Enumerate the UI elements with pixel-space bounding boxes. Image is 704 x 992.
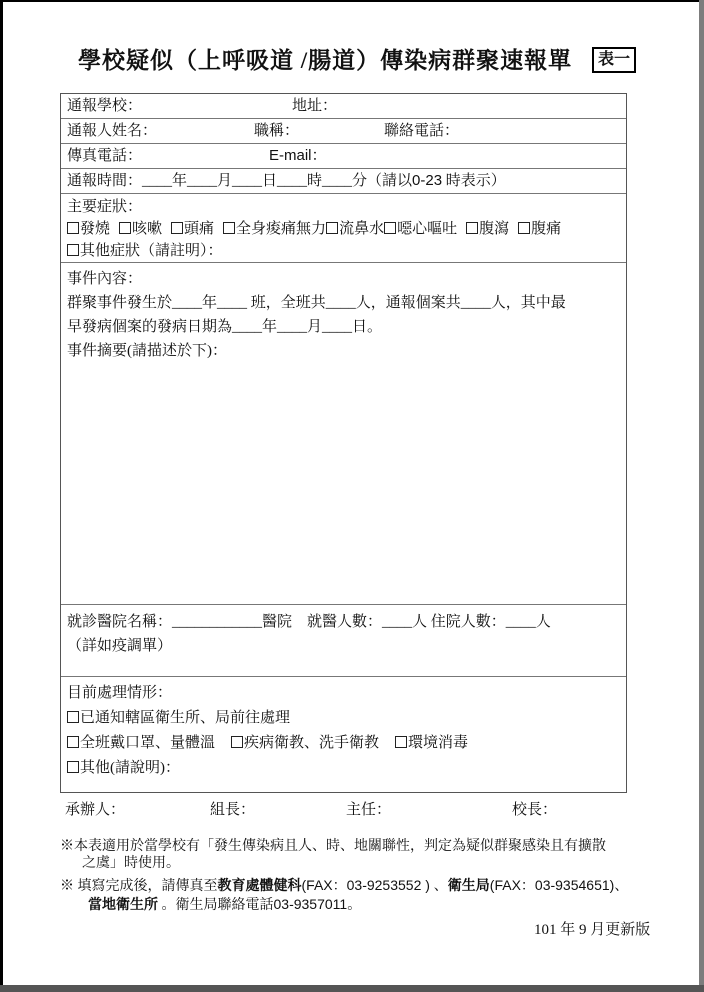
checkbox-icon xyxy=(67,711,79,723)
symptom-checkbox-nausea-vomit[interactable]: 噁心嘔吐 xyxy=(384,221,457,237)
health-bureau-phone-label: 。衛生局聯絡電話 xyxy=(158,898,274,913)
local-health-station-name: 當地衛生所 xyxy=(88,898,158,913)
symptom-other-label: 其他症狀（請註明）： xyxy=(80,243,223,259)
symptom-label: 發燒 xyxy=(80,221,110,237)
hospital-line1: 就診醫院名稱：____________醫院 就醫人數：____人 住院人數：__… xyxy=(67,610,626,634)
section-hospital: 就診醫院名稱：____________醫院 就醫人數：____人 住院人數：__… xyxy=(61,605,626,677)
symptom-label: 頭痛 xyxy=(184,221,214,237)
handling-label: 已通知轄區衛生所、局前往處理 xyxy=(80,710,290,726)
report-time-prefix: 通報時間：____年____月____日____時____分（請以 xyxy=(67,173,412,189)
symptom-label: 噁心嘔吐 xyxy=(397,221,457,237)
version-note: 101 年 9 月更新版 xyxy=(534,918,650,939)
report-form-table: 通報學校： 地址： 通報人姓名： 職稱： 聯絡電話： 傳真電話： E-mail：… xyxy=(60,93,627,793)
footnotes: ※本表適用於當學校有「發生傳染病且人、時、地關聯性，判定為疑似群聚感染且有擴散 … xyxy=(60,839,648,914)
handling-label: 全班戴口罩、量體溫 xyxy=(80,735,215,751)
job-title-label: 職稱： xyxy=(254,119,299,143)
fax-instruction-text: ※ 填寫完成後，請傳真至 xyxy=(60,879,218,894)
footnote-fax-line1: ※ 填寫完成後，請傳真至教育處體健科(FAX：03-9253552 ) 、衛生局… xyxy=(60,877,648,896)
education-dept-fax-number: (FAX：03-9253552 ) 、 xyxy=(302,877,448,893)
symptoms-heading: 主要症狀： xyxy=(67,196,626,218)
footnote-fax-instructions: ※ 填寫完成後，請傳真至教育處體健科(FAX：03-9253552 ) 、衛生局… xyxy=(60,877,648,914)
handling-line1: 已通知轄區衛生所、局前往處理 xyxy=(67,706,626,731)
section-symptoms: 主要症狀： 發燒咳嗽頭痛全身痠痛無力流鼻水噁心嘔吐腹瀉腹痛 其他症狀（請註明）： xyxy=(61,194,626,263)
footnote-applicability-line1: ※本表適用於當學校有「發生傳染病且人、時、地關聯性，判定為疑似群聚感染且有擴散 xyxy=(60,839,648,856)
handling-label: 其他(請說明)： xyxy=(80,760,180,776)
hospital-line2: （詳如疫調單） xyxy=(67,634,626,658)
page-border-left xyxy=(0,0,3,992)
handling-checkbox-disinfection[interactable]: 環境消毒 xyxy=(395,735,468,751)
handling-checkbox-other[interactable]: 其他(請說明)： xyxy=(67,760,180,776)
symptom-checkbox-fever[interactable]: 發燒 xyxy=(67,221,110,237)
checkbox-icon xyxy=(395,736,407,748)
symptom-other-line: 其他症狀（請註明）： xyxy=(67,240,626,262)
checkbox-icon xyxy=(67,736,79,748)
event-summary-label: 事件摘要(請描述於下)： xyxy=(67,339,626,363)
checkbox-icon xyxy=(223,222,235,234)
handling-label: 環境消毒 xyxy=(408,735,468,751)
page-border-bottom xyxy=(0,985,704,992)
checkbox-icon xyxy=(171,222,183,234)
checkbox-icon xyxy=(231,736,243,748)
symptom-checkbox-runny-nose[interactable]: 流鼻水 xyxy=(326,221,384,237)
checkbox-icon xyxy=(384,222,396,234)
handler-signature-label: 承辦人： xyxy=(65,798,125,819)
symptom-label: 咳嗽 xyxy=(132,221,162,237)
symptom-checkbox-abdominal-pain[interactable]: 腹痛 xyxy=(518,221,561,237)
reporter-name-label: 通報人姓名： xyxy=(67,119,157,143)
checkbox-icon xyxy=(67,244,79,256)
footnote-applicability-line2: 之虞」時使用。 xyxy=(60,856,648,873)
school-label: 通報學校： xyxy=(67,94,142,118)
row-report-time: 通報時間：____年____月____日____時____分（請以0-23 時表… xyxy=(61,169,626,194)
director-signature-label: 主任： xyxy=(346,798,391,819)
symptom-label: 腹瀉 xyxy=(479,221,509,237)
checkbox-icon xyxy=(67,761,79,773)
symptom-label: 流鼻水 xyxy=(339,221,384,237)
section-event-content: 事件內容： 群聚事件發生於____年____ 班，全班共____人，通報個案共_… xyxy=(61,263,626,605)
footnote-fax-line2: 當地衛生所 。衛生局聯絡電話03-9357011。 xyxy=(60,896,648,915)
event-desc-line2: 早發病個案的發病日期為____年____月____日。 xyxy=(67,315,626,339)
symptom-checkbox-other[interactable]: 其他症狀（請註明）： xyxy=(67,243,223,259)
footnote-applicability: ※本表適用於當學校有「發生傳染病且人、時、地關聯性，判定為疑似群聚感染且有擴散 … xyxy=(60,839,648,872)
report-time-label: 通報時間：____年____月____日____時____分（請以0-23 時表… xyxy=(67,169,506,193)
health-bureau-phone-number: 03-9357011 xyxy=(274,896,348,912)
symptoms-checkbox-line: 發燒咳嗽頭痛全身痠痛無力流鼻水噁心嘔吐腹瀉腹痛 xyxy=(67,218,626,240)
handling-line2: 全班戴口罩、量體溫疾病衛教、洗手衛教環境消毒 xyxy=(67,731,626,756)
page-border-right xyxy=(699,0,704,992)
handling-checkbox-masks-temperature[interactable]: 全班戴口罩、量體溫 xyxy=(67,735,215,751)
checkbox-icon xyxy=(67,222,79,234)
handling-heading: 目前處理情形： xyxy=(67,681,626,706)
handling-checkbox-notified-health-bureau[interactable]: 已通知轄區衛生所、局前往處理 xyxy=(67,710,290,726)
education-dept-name: 教育處體健科 xyxy=(218,879,302,894)
principal-signature-label: 校長： xyxy=(512,798,557,819)
row-school: 通報學校： 地址： xyxy=(61,94,626,119)
handling-label: 疾病衛教、洗手衛教 xyxy=(244,735,379,751)
symptom-checkbox-headache[interactable]: 頭痛 xyxy=(171,221,214,237)
symptom-checkbox-body-ache[interactable]: 全身痠痛無力 xyxy=(223,221,326,237)
form-tag-badge: 表一 xyxy=(592,47,636,73)
event-heading: 事件內容： xyxy=(67,267,626,291)
handling-line3: 其他(請說明)： xyxy=(67,756,626,781)
sentence-period: 。 xyxy=(347,898,361,913)
symptom-checkbox-diarrhea[interactable]: 腹瀉 xyxy=(466,221,509,237)
page-border-top xyxy=(0,0,704,2)
health-bureau-name: 衛生局 xyxy=(448,879,490,894)
symptom-checkbox-cough[interactable]: 咳嗽 xyxy=(119,221,162,237)
checkbox-icon xyxy=(466,222,478,234)
address-label: 地址： xyxy=(292,94,337,118)
page-title: 學校疑似（上呼吸道 /腸道）傳染病群聚速報單 xyxy=(78,42,598,75)
document-page: 學校疑似（上呼吸道 /腸道）傳染病群聚速報單 表一 通報學校： 地址： 通報人姓… xyxy=(0,0,704,992)
contact-phone-label: 聯絡電話： xyxy=(384,119,459,143)
email-label: E-mail： xyxy=(269,144,327,168)
handling-checkbox-health-education[interactable]: 疾病衛教、洗手衛教 xyxy=(231,735,379,751)
row-reporter: 通報人姓名： 職稱： 聯絡電話： xyxy=(61,119,626,144)
report-time-hours-format: 0-23 xyxy=(412,172,442,189)
section-handling: 目前處理情形： 已通知轄區衛生所、局前往處理 全班戴口罩、量體溫疾病衛教、洗手衛… xyxy=(61,677,626,792)
event-desc-line1: 群聚事件發生於____年____ 班，全班共____人，通報個案共____人，其… xyxy=(67,291,626,315)
team-leader-signature-label: 組長： xyxy=(210,798,255,819)
report-time-suffix: 時表示） xyxy=(442,173,506,189)
checkbox-icon xyxy=(326,222,338,234)
symptom-label: 全身痠痛無力 xyxy=(236,221,326,237)
health-bureau-fax-number: (FAX：03-9354651)、 xyxy=(490,877,629,893)
row-fax-email: 傳真電話： E-mail： xyxy=(61,144,626,169)
checkbox-icon xyxy=(518,222,530,234)
fax-label: 傳真電話： xyxy=(67,144,142,168)
signature-row: 承辦人： 組長： 主任： 校長： xyxy=(60,798,627,822)
symptom-label: 腹痛 xyxy=(531,221,561,237)
checkbox-icon xyxy=(119,222,131,234)
